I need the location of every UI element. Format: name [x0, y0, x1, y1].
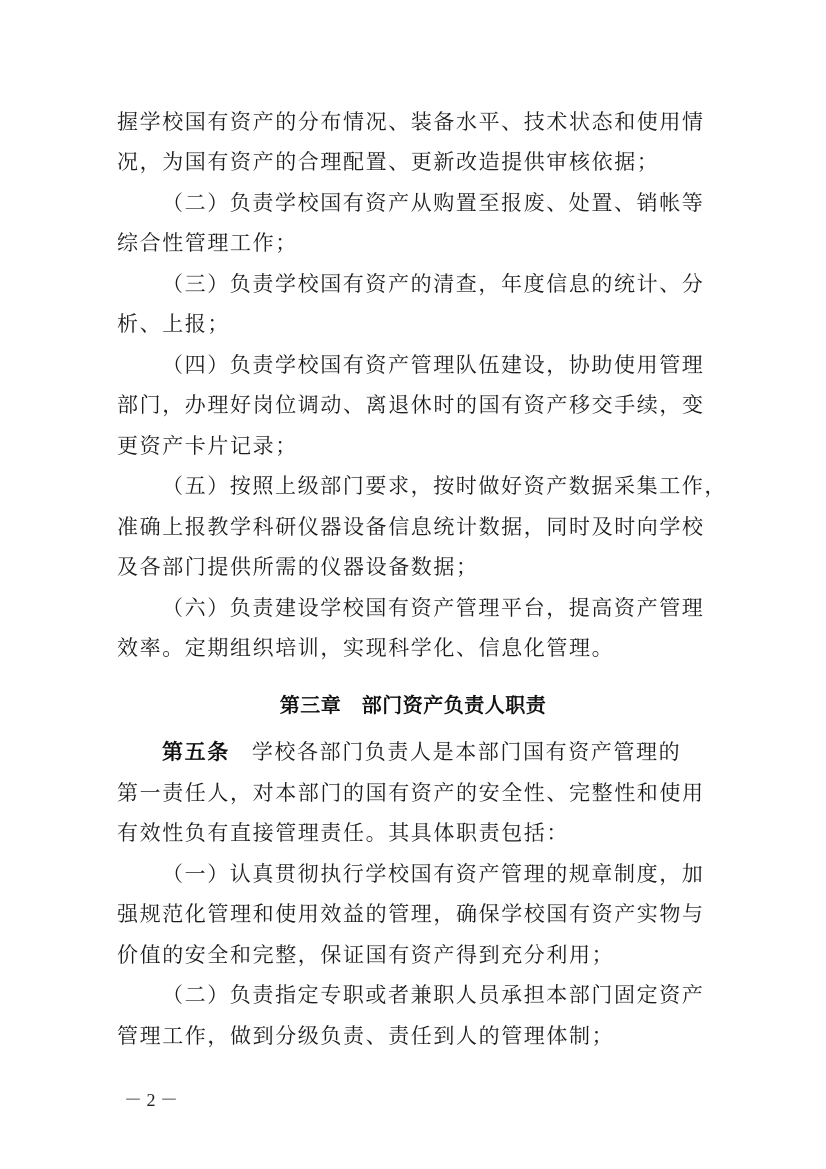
- paragraph-line: 有效性负有直接管理责任。其具体职责包括：: [117, 813, 717, 853]
- article-first-line: 第五条学校各部门负责人是本部门国有资产管理的: [162, 732, 762, 772]
- paragraph-line: 析、上报；: [117, 304, 717, 344]
- paragraph-line: 部门，办理好岗位调动、离退休时的国有资产移交手续，变: [117, 385, 717, 425]
- list-item-2: （二）负责指定专职或者兼职人员承担本部门固定资产: [162, 975, 762, 1015]
- list-item-3: （三）负责学校国有资产的清查，年度信息的统计、分: [162, 264, 762, 304]
- paragraph-line: 更资产卡片记录；: [117, 426, 717, 466]
- paragraph-line: 及各部门提供所需的仪器设备数据；: [117, 547, 717, 587]
- paragraph-line: 综合性管理工作；: [117, 223, 717, 263]
- paragraph-line: 准确上报教学科研仪器设备信息统计数据，同时及时向学校: [117, 507, 717, 547]
- list-item-6: （六）负责建设学校国有资产管理平台，提高资产管理: [162, 588, 762, 628]
- paragraph-line: 第一责任人，对本部门的国有资产的安全性、完整性和使用: [117, 773, 717, 813]
- chapter-title: 第三章 部门资产负责人职责: [0, 685, 826, 725]
- list-item-2: （二）负责学校国有资产从购置至报废、处置、销帐等: [162, 183, 762, 223]
- list-item-4: （四）负责学校国有资产管理队伍建设，协助使用管理: [162, 345, 762, 385]
- paragraph-line: 管理工作，做到分级负责、责任到人的管理体制；: [117, 1016, 717, 1056]
- paragraph-line: 效率。定期组织培训，实现科学化、信息化管理。: [117, 628, 717, 668]
- paragraph-line: 况，为国有资产的合理配置、更新改造提供审核依据；: [117, 142, 717, 182]
- page-number: － 2 －: [124, 1088, 178, 1112]
- document-page: 握学校国有资产的分布情况、装备水平、技术状态和使用情 况，为国有资产的合理配置、…: [0, 0, 826, 1169]
- paragraph-line: 握学校国有资产的分布情况、装备水平、技术状态和使用情: [117, 102, 717, 142]
- list-item-5: （五）按照上级部门要求，按时做好资产数据采集工作，: [162, 466, 762, 506]
- paragraph-line: 价值的安全和完整，保证国有资产得到充分利用；: [117, 935, 717, 975]
- list-item-1: （一）认真贯彻执行学校国有资产管理的规章制度，加: [162, 854, 762, 894]
- article-first-line-text: 学校各部门负责人是本部门国有资产管理的: [252, 740, 681, 764]
- paragraph-line: 强规范化管理和使用效益的管理，确保学校国有资产实物与: [117, 894, 717, 934]
- article-label: 第五条: [162, 740, 230, 764]
